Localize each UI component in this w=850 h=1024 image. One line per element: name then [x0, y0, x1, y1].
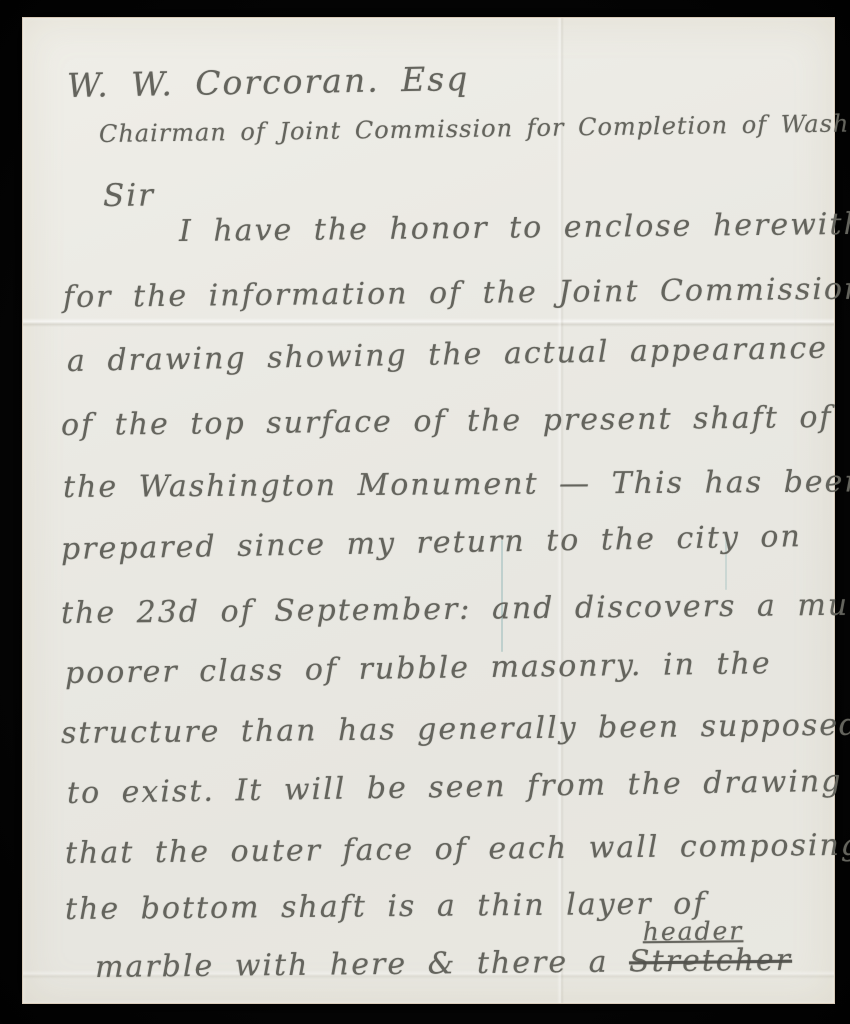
correction-group: headerStretcher [629, 943, 792, 980]
handwritten-line: the Washington Monument — This has been [63, 464, 850, 505]
handwritten-line: prepared since my return to the city on [61, 519, 802, 567]
handwritten-line: that the outer face of each wall composi… [65, 828, 850, 871]
letter-page: W. W. Corcoran. Esq Chairman of Joint Co… [22, 17, 835, 1004]
handwritten-line: I have the honor to enclose herewith [179, 207, 850, 249]
handwritten-line: poorer class of rubble masonry. in the [65, 646, 772, 691]
salutation: Sir [103, 177, 155, 214]
fold-crease-horizontal-upper [23, 318, 834, 327]
struck-out-word: Stretcher [629, 943, 792, 980]
correction-before-text: marble with here & there a [95, 944, 629, 985]
handwritten-line: structure than has generally been suppos… [61, 708, 850, 751]
handwritten-line: a drawing showing the actual appearance [67, 331, 829, 379]
recipient-line: W. W. Corcoran. Esq [67, 59, 470, 105]
handwritten-line-with-correction: marble with here & there a headerStretch… [95, 943, 792, 985]
recipient-title-line: Chairman of Joint Commission for Complet… [99, 108, 850, 148]
scan-background: W. W. Corcoran. Esq Chairman of Joint Co… [0, 0, 850, 1024]
handwritten-line: for the information of the Joint Commiss… [63, 272, 850, 315]
handwritten-line: to exist. It will be seen from the drawi… [67, 764, 843, 811]
handwritten-line: the 23d of September: and discovers a mu… [61, 587, 850, 631]
inserted-word: header [643, 916, 744, 946]
handwritten-line: of the top surface of the present shaft … [61, 400, 833, 443]
handwritten-line: the bottom shaft is a thin layer of [65, 886, 707, 927]
